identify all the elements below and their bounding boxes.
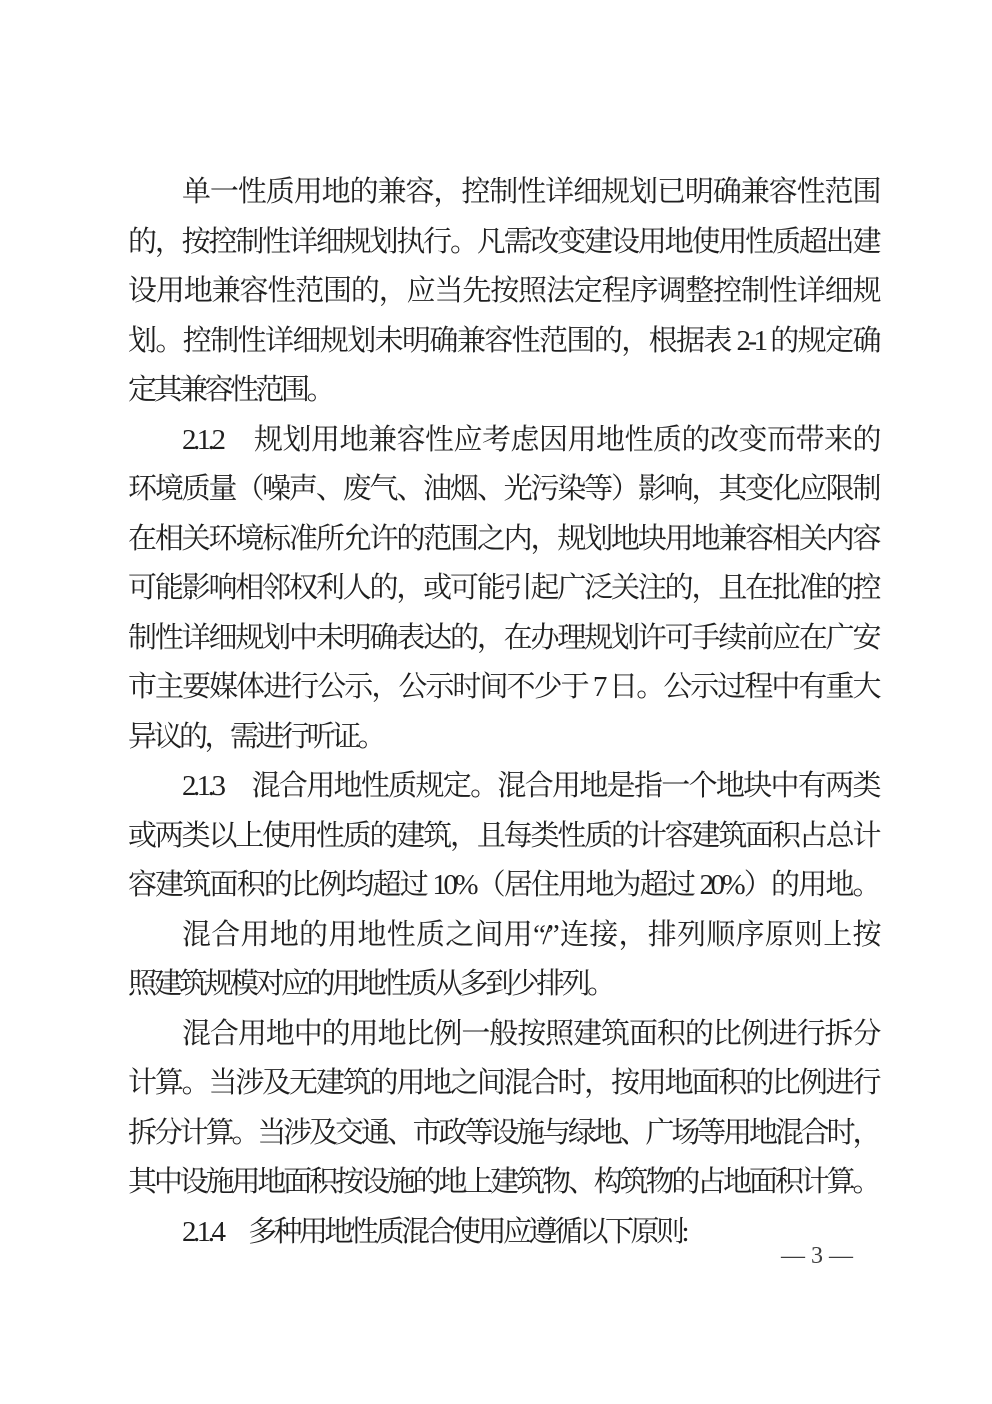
- page-number: — 3 —: [772, 1241, 862, 1271]
- document-page: 单一性质用地的兼容，控制性详细规划已明确兼容性范围的，按控制性详细规划执行。凡需…: [0, 0, 992, 1404]
- text-line: 市主要媒体进行公示，公示时间不少于 7 日。公示过程中有重大: [128, 663, 878, 713]
- text-line: 混合用地中的用地比例一般按照建筑面积的比例进行拆分: [128, 1010, 878, 1060]
- text-line: 设用地兼容性范围的，应当先按照法定程序调整控制性详细规: [128, 267, 878, 317]
- text-line: 划。控制性详细规划未明确兼容性范围的，根据表 2-1 的规定确: [128, 317, 878, 367]
- body-text: 单一性质用地的兼容，控制性详细规划已明确兼容性范围的，按控制性详细规划执行。凡需…: [128, 168, 878, 1257]
- text-line: 的，按控制性详细规划执行。凡需改变建设用地使用性质超出建: [128, 218, 878, 268]
- text-line: 容建筑面积的比例均超过 10%（居住用地为超过 20%）的用地。: [128, 861, 878, 911]
- text-line: 可能影响相邻权利人的，或可能引起广泛关注的，且在批准的控: [128, 564, 878, 614]
- text-line: 在相关环境标准所允许的范围之内，规划地块用地兼容相关内容: [128, 515, 878, 565]
- text-line: 2.1.3 混合用地性质规定。混合用地是指一个地块中有两类: [128, 762, 878, 812]
- text-line: 定其兼容性范围。: [128, 366, 878, 416]
- text-line: 其中设施用地面积按设施的地上建筑物、构筑物的占地面积计算。: [128, 1158, 878, 1208]
- text-line: 制性详细规划中未明确表达的，在办理规划许可手续前应在广安: [128, 614, 878, 664]
- text-line: 或两类以上使用性质的建筑，且每类性质的计容建筑面积占总计: [128, 812, 878, 862]
- text-line: 环境质量（噪声、废气、油烟、光污染等）影响，其变化应限制: [128, 465, 878, 515]
- text-line: 计算。当涉及无建筑的用地之间混合时，按用地面积的比例进行: [128, 1059, 878, 1109]
- text-line: 异议的，需进行听证。: [128, 713, 878, 763]
- text-line: 2.1.2 规划用地兼容性应考虑因用地性质的改变而带来的: [128, 416, 878, 466]
- text-line: 混合用地的用地性质之间用“/”连接，排列顺序原则上按: [128, 911, 878, 961]
- text-line: 拆分计算。当涉及交通、市政等设施与绿地、广场等用地混合时，: [128, 1109, 878, 1159]
- text-line: 单一性质用地的兼容，控制性详细规划已明确兼容性范围: [128, 168, 878, 218]
- text-line: 2.1.4 多种用地性质混合使用应遵循以下原则:: [128, 1208, 878, 1258]
- text-line: 照建筑规模对应的用地性质从多到少排列。: [128, 960, 878, 1010]
